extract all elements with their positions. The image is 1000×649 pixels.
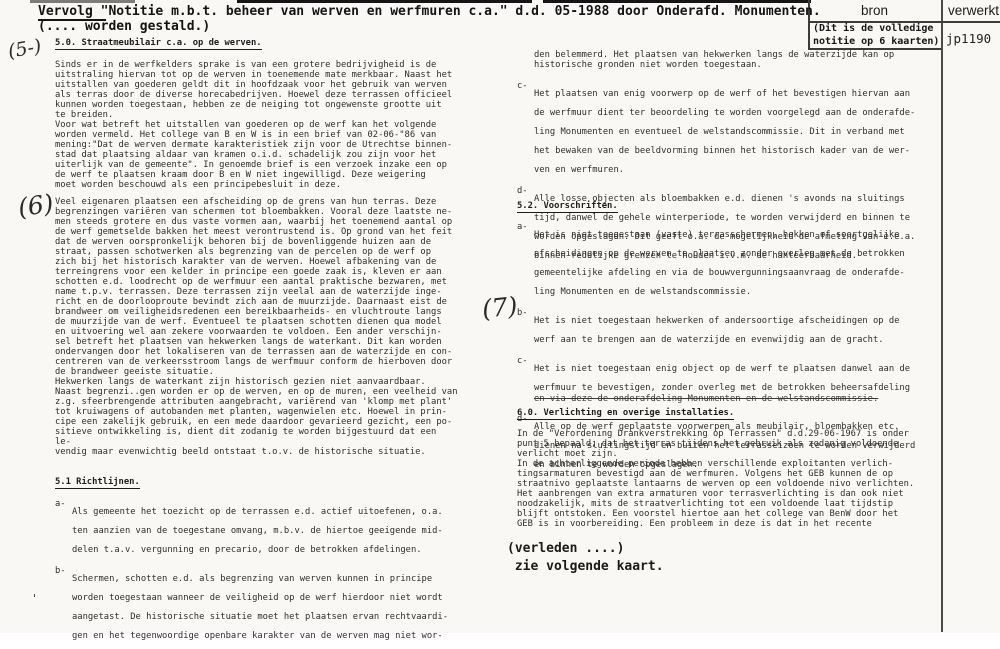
section-5-0-heading: 5.0. Straatmeubilair c.a. op de werven. bbox=[55, 38, 262, 48]
title-overline-mark bbox=[38, 19, 106, 21]
verwerkt-label: verwerkt bbox=[948, 3, 999, 18]
stray-pen-mark: ' bbox=[33, 592, 36, 605]
list-item: a- Als gemeente het toezicht op de terra… bbox=[55, 499, 483, 556]
scanned-archive-card: Vervolg "Notitie m.b.t. beheer van werve… bbox=[0, 0, 1000, 649]
item-marker: c- bbox=[517, 356, 534, 404]
item-marker: b- bbox=[517, 308, 534, 346]
item-text: Het is niet toegestaan hekwerken of ande… bbox=[534, 316, 899, 345]
handwritten-mark-6: (6) bbox=[16, 189, 55, 223]
section-5-0-paragraph-1: Sinds er in de werfkelders sprake is van… bbox=[55, 60, 480, 190]
scan-edge-artifact bbox=[30, 0, 135, 3]
section-5-2-heading: 5.2. Voorschriften. bbox=[517, 201, 618, 211]
handwritten-mark-7: (7) bbox=[481, 291, 519, 324]
list-item: c- Het plaatsen van enig voorwerp op de … bbox=[517, 81, 937, 176]
item-text: Het is niet toegestaan (vaste) terrassch… bbox=[534, 230, 905, 297]
item-marker: a- bbox=[55, 499, 72, 556]
item-marker: b- bbox=[55, 566, 72, 642]
item-text-struck: en via deze de onderafdeling Monumenten … bbox=[534, 394, 937, 404]
bron-label: bron bbox=[808, 3, 941, 18]
verwerkt-value: jp1190 bbox=[946, 31, 991, 46]
title-subnote: (.... worden gestald.) bbox=[38, 19, 210, 34]
section-6-0-paragraph: In de "Verordening Drankverstrekking op … bbox=[517, 429, 937, 529]
section-5-0-paragraph-2: Veel eigenaren plaatsen een afscheiding … bbox=[55, 197, 480, 457]
item-text: Het is niet toegestaan enig object op de… bbox=[534, 364, 910, 393]
section-6-0-heading: 6.0. Verlichting en overige installaties… bbox=[517, 408, 734, 418]
card-title: Vervolg "Notitie m.b.t. beheer van werve… bbox=[38, 4, 808, 19]
scan-edge-artifact bbox=[237, 0, 532, 3]
list-item: c- Het is niet toegestaan enig object op… bbox=[517, 356, 937, 404]
item-text: Het plaatsen van enig voorwerp op de wer… bbox=[534, 89, 915, 175]
item-marker: c- bbox=[517, 81, 534, 176]
title-rest: "Notitie m.b.t. beheer van werven en wer… bbox=[93, 4, 821, 19]
see-next-card-note: (verleden ....) zie volgende kaart. bbox=[507, 540, 664, 576]
continuation-paragraph: den belemmerd. Het plaatsen van hekwerke… bbox=[534, 50, 934, 70]
list-item: b- Schermen, schotten e.d. als begrenzin… bbox=[55, 566, 483, 642]
section-5-1-items: a- Als gemeente het toezicht op de terra… bbox=[55, 499, 483, 642]
bron-note: (Dit is de volledige notitie op 6 kaarte… bbox=[813, 22, 939, 48]
verwerkt-column-line bbox=[941, 0, 943, 632]
item-marker: a- bbox=[517, 222, 534, 298]
item-text: Schermen, schotten e.d. als begrenzing v… bbox=[72, 574, 448, 641]
list-item: a- Het is niet toegestaan (vaste) terras… bbox=[517, 222, 937, 298]
section-5-1-heading: 5.1 Richtlijnen. bbox=[55, 477, 140, 487]
list-item: b- Het is niet toegestaan hekwerken of a… bbox=[517, 308, 937, 346]
scan-edge-artifact bbox=[543, 0, 811, 3]
item-text: Als gemeente het toezicht op de terrasse… bbox=[72, 507, 443, 555]
